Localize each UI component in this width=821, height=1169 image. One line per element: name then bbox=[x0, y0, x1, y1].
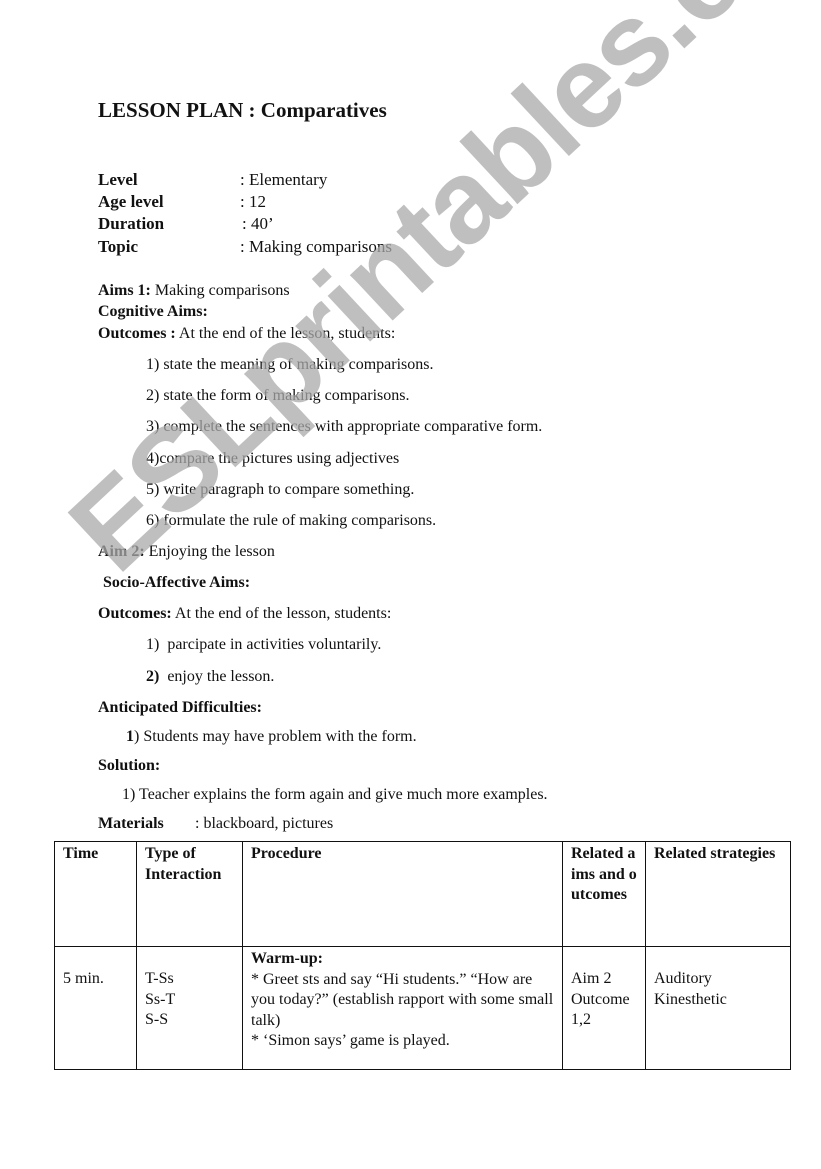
duration-label: Duration bbox=[98, 214, 164, 234]
interaction-value: Ss-T bbox=[145, 990, 234, 1011]
table-header-row: Time Type of Interaction Procedure Relat… bbox=[55, 842, 791, 947]
item-number: 2) bbox=[146, 668, 159, 685]
item-text: enjoy the lesson. bbox=[167, 668, 274, 685]
outcome1-item: 4)compare the pictures using adjectives bbox=[146, 450, 399, 468]
outcome1-item: 2) state the form of making comparisons. bbox=[146, 387, 410, 405]
outcomes2-label: Outcomes: bbox=[98, 605, 172, 622]
outcome2-item: 2) enjoy the lesson. bbox=[146, 668, 274, 686]
strategy-value: Auditory bbox=[654, 969, 782, 990]
procedure-step: * ‘Simon says’ game is played. bbox=[251, 1031, 554, 1052]
item-text: ) Students may have problem with the for… bbox=[134, 728, 417, 745]
level-value: : Elementary bbox=[240, 170, 327, 190]
aim-value: Outcome 1,2 bbox=[571, 990, 637, 1031]
header-time: Time bbox=[55, 842, 137, 947]
item-number: 1 bbox=[126, 728, 134, 745]
interaction-value: S-S bbox=[145, 1010, 234, 1031]
table-row: 5 min. T-Ss Ss-T S-S Warm-up: * Greet st… bbox=[55, 947, 791, 1070]
item-number: 1) bbox=[146, 636, 159, 653]
cell-related-aims: Aim 2 Outcome 1,2 bbox=[563, 947, 646, 1070]
solution-item: 1) Teacher explains the form again and g… bbox=[122, 786, 548, 804]
aim2-text: Enjoying the lesson bbox=[145, 543, 275, 560]
cell-interaction: T-Ss Ss-T S-S bbox=[137, 947, 243, 1070]
materials-value: : blackboard, pictures bbox=[195, 815, 333, 833]
outcomes2-text: At the end of the lesson, students: bbox=[172, 605, 392, 622]
aim1-label: Aims 1: bbox=[98, 282, 151, 299]
aim2-label: Aim 2: bbox=[98, 543, 145, 560]
cell-related-strategies: Auditory Kinesthetic bbox=[646, 947, 791, 1070]
cognitive-aims-heading: Cognitive Aims: bbox=[98, 303, 208, 321]
materials-label: Materials bbox=[98, 815, 164, 833]
outcomes1-text: At the end of the lesson, students: bbox=[176, 325, 396, 342]
age-level-value: : 12 bbox=[240, 192, 266, 212]
outcome2-item: 1) parcipate in activities voluntarily. bbox=[146, 636, 381, 654]
topic-value: : Making comparisons bbox=[240, 237, 392, 257]
outcome1-item: 5) write paragraph to compare something. bbox=[146, 481, 414, 499]
outcome1-item: 3) complete the sentences with appropria… bbox=[146, 418, 542, 436]
aim1-line: Aims 1: Making comparisons bbox=[98, 282, 290, 300]
level-label: Level bbox=[98, 170, 138, 190]
cell-time: 5 min. bbox=[55, 947, 137, 1070]
duration-value: : 40’ bbox=[242, 214, 274, 234]
header-procedure: Procedure bbox=[243, 842, 563, 947]
age-level-label: Age level bbox=[98, 192, 164, 212]
procedure-title: Warm-up: bbox=[251, 949, 554, 970]
outcome1-item: 6) formulate the rule of making comparis… bbox=[146, 512, 436, 530]
outcomes2-line: Outcomes: At the end of the lesson, stud… bbox=[98, 605, 391, 623]
outcomes1-line: Outcomes : At the end of the lesson, stu… bbox=[98, 325, 395, 343]
aim1-text: Making comparisons bbox=[151, 282, 290, 299]
interaction-value: T-Ss bbox=[145, 969, 234, 990]
cell-procedure: Warm-up: * Greet sts and say “Hi student… bbox=[243, 947, 563, 1070]
lesson-procedure-table: Time Type of Interaction Procedure Relat… bbox=[54, 841, 791, 1070]
solution-heading: Solution: bbox=[98, 757, 160, 775]
socio-affective-heading: Socio-Affective Aims: bbox=[103, 574, 250, 592]
aim2-line: Aim 2: Enjoying the lesson bbox=[98, 543, 275, 561]
outcome1-item: 1) state the meaning of making compariso… bbox=[146, 356, 433, 374]
header-interaction: Type of Interaction bbox=[137, 842, 243, 947]
difficulty-item: 1) Students may have problem with the fo… bbox=[126, 728, 417, 746]
page-title: LESSON PLAN : Comparatives bbox=[98, 98, 387, 123]
aim-value: Aim 2 bbox=[571, 969, 637, 990]
header-related-strategies: Related strategies bbox=[646, 842, 791, 947]
outcomes1-label: Outcomes : bbox=[98, 325, 176, 342]
document-page: LESSON PLAN : Comparatives Level : Eleme… bbox=[0, 0, 821, 1169]
strategy-value: Kinesthetic bbox=[654, 990, 782, 1011]
difficulties-heading: Anticipated Difficulties: bbox=[98, 699, 262, 717]
item-text: parcipate in activities voluntarily. bbox=[167, 636, 381, 653]
topic-label: Topic bbox=[98, 237, 138, 257]
procedure-step: * Greet sts and say “Hi students.” “How … bbox=[251, 970, 554, 1032]
header-related-aims: Related aims and outcomes bbox=[563, 842, 646, 947]
